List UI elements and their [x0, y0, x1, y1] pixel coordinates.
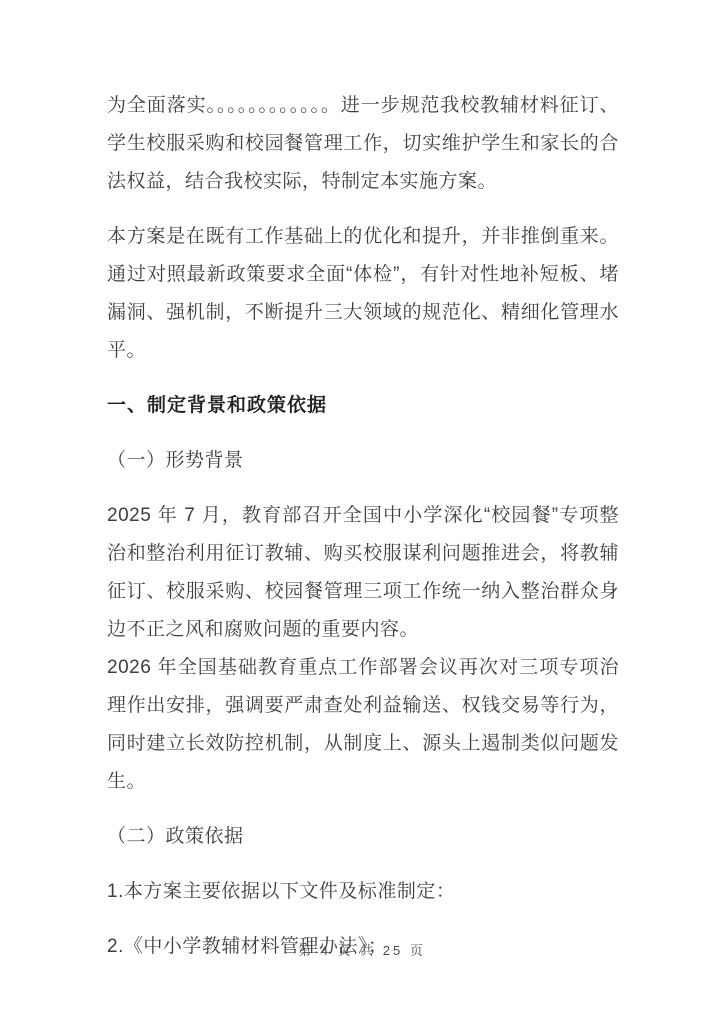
- document-page: 为全面落实。。。。。。。。。。。。进一步规范我校教辅材料征订、学生校服采购和校园…: [0, 0, 724, 1024]
- paragraph-2026-deployment: 2026 年全国基础教育重点工作部署会议再次对三项专项治理作出安排，强调要严肃查…: [107, 649, 619, 801]
- subsection-heading-policy-basis: （二）政策依据: [107, 818, 619, 856]
- overview-paragraph: 本方案是在既有工作基础上的优化和提升，并非推倒重来。通过对照最新政策要求全面“体…: [107, 218, 619, 370]
- list-item-basis-intro: 1.本方案主要依据以下文件及标准制定：: [107, 873, 619, 911]
- paragraph-2025-meeting: 2025 年 7 月，教育部召开全国中小学深化“校园餐”专项整治和整治利用征订教…: [107, 497, 619, 649]
- intro-paragraph: 为全面落实。。。。。。。。。。。。进一步规范我校教辅材料征订、学生校服采购和校园…: [107, 87, 619, 201]
- section-heading-background-policy: 一、制定背景和政策依据: [107, 387, 619, 425]
- page-number-footer: 第 4 页 共 25 页: [0, 941, 724, 961]
- subsection-heading-situation: （一）形势背景: [107, 442, 619, 480]
